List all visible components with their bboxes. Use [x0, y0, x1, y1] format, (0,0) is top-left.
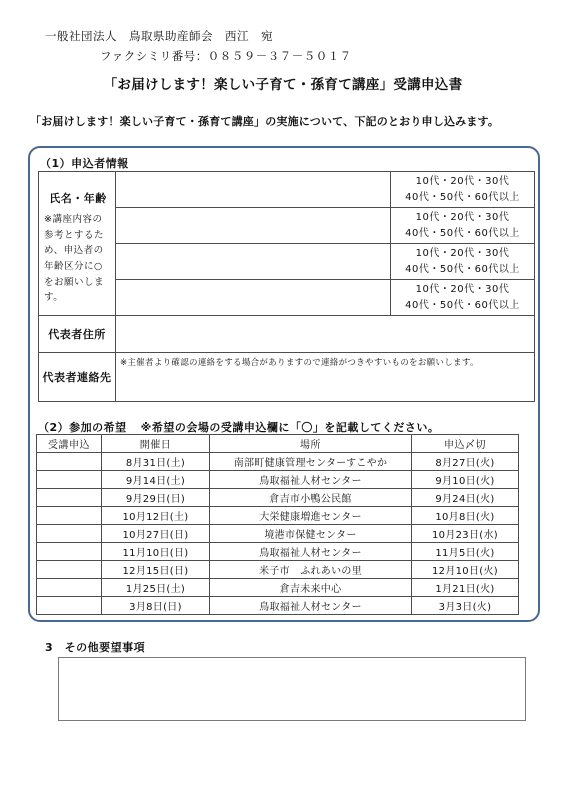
schedule-row: 8月31日(土) 南部町健康管理センターすこやか 8月27日(火)	[37, 453, 519, 471]
age-options-line2: 40代・50代・60代以上	[391, 226, 534, 242]
name-age-label-cell: 氏名・年齢 ※講座内容の参考とするため、申込者の年齢区分に○をお願いします。	[39, 172, 116, 316]
age-options-line2: 40代・50代・60代以上	[391, 262, 534, 278]
apply-mark-cell-6[interactable]	[37, 543, 102, 561]
column-header-date: 開催日	[102, 435, 210, 453]
apply-mark-cell-7[interactable]	[37, 561, 102, 579]
event-place: 鳥取福祉人材センター	[210, 543, 412, 561]
column-header-place: 場所	[210, 435, 412, 453]
document-title: 「お届けします！楽しい子育て・孫育て講座」受講申込書	[0, 73, 566, 93]
name-age-note: ※講座内容の参考とするため、申込者の年齢区分に○をお願いします。	[44, 212, 112, 306]
apply-deadline: 12月10日(火)	[412, 561, 519, 579]
other-requests-heading: 3 その他要望事項	[45, 639, 145, 655]
apply-mark-cell-1[interactable]	[37, 453, 102, 471]
event-date: 12月15日(日)	[102, 561, 210, 579]
contact-label: 代表者連絡先	[39, 353, 116, 402]
apply-mark-cell-8[interactable]	[37, 579, 102, 597]
event-place: 倉吉市小鴨公民館	[210, 489, 412, 507]
applicant-info-heading: （1）申込者情報	[40, 155, 129, 171]
applicant-row: 氏名・年齢 ※講座内容の参考とするため、申込者の年齢区分に○をお願いします。 1…	[39, 172, 535, 208]
apply-mark-cell-3[interactable]	[37, 489, 102, 507]
age-options-cell-1[interactable]: 10代・20代・30代 40代・50代・60代以上	[391, 172, 535, 208]
event-place: 南部町健康管理センターすこやか	[210, 453, 412, 471]
applicant-info-table: 氏名・年齢 ※講座内容の参考とするため、申込者の年齢区分に○をお願いします。 1…	[38, 171, 535, 402]
event-place: 鳥取福祉人材センター	[210, 597, 412, 615]
applicant-name-field-3[interactable]	[116, 244, 391, 280]
apply-deadline: 9月10日(火)	[412, 471, 519, 489]
schedule-row: 9月29日(日) 倉吉市小鴨公民館 9月24日(火)	[37, 489, 519, 507]
address-row: 代表者住所	[39, 316, 535, 353]
address-label: 代表者住所	[39, 316, 116, 353]
schedule-row: 3月8日(日) 鳥取福祉人材センター 3月3日(火)	[37, 597, 519, 615]
schedule-row: 1月25日(土) 倉吉未来中心 1月21日(火)	[37, 579, 519, 597]
participation-heading-row: （2）参加の希望※希望の会場の受講申込欄に「〇」を記載してください。	[38, 419, 439, 435]
participation-note: ※希望の会場の受講申込欄に「〇」を記載してください。	[141, 421, 440, 434]
participation-heading: （2）参加の希望	[38, 421, 127, 434]
schedule-row: 10月27日(日) 境港市保健センター 10月23日(水)	[37, 525, 519, 543]
apply-mark-cell-4[interactable]	[37, 507, 102, 525]
age-options-line2: 40代・50代・60代以上	[391, 190, 534, 206]
event-place: 倉吉未来中心	[210, 579, 412, 597]
apply-deadline: 10月8日(火)	[412, 507, 519, 525]
event-place: 米子市 ふれあいの里	[210, 561, 412, 579]
form-main-box: （1）申込者情報 氏名・年齢 ※講座内容の参考とするため、申込者の年齢区分に○を…	[28, 146, 540, 622]
event-date: 3月8日(日)	[102, 597, 210, 615]
age-options-line1: 10代・20代・30代	[391, 282, 534, 298]
address-field[interactable]	[116, 316, 535, 353]
schedule-row: 10月12日(土) 大栄健康増進センター 10月8日(火)	[37, 507, 519, 525]
schedule-row: 11月10日(日) 鳥取福祉人材センター 11月5日(火)	[37, 543, 519, 561]
schedule-row: 12月15日(日) 米子市 ふれあいの里 12月10日(火)	[37, 561, 519, 579]
schedule-header-row: 受講申込 開催日 場所 申込〆切	[37, 435, 519, 453]
event-date: 10月12日(土)	[102, 507, 210, 525]
event-date: 9月29日(日)	[102, 489, 210, 507]
age-options-cell-4[interactable]: 10代・20代・30代 40代・50代・60代以上	[391, 280, 535, 316]
event-place: 大栄健康増進センター	[210, 507, 412, 525]
event-date: 8月31日(土)	[102, 453, 210, 471]
applicant-name-field-1[interactable]	[116, 172, 391, 208]
apply-deadline: 8月27日(火)	[412, 453, 519, 471]
fax-number-line: ファクシミリ番号：０８５９－３７－５０１７	[100, 48, 352, 64]
apply-deadline: 3月3日(火)	[412, 597, 519, 615]
event-date: 10月27日(日)	[102, 525, 210, 543]
schedule-table: 受講申込 開催日 場所 申込〆切 8月31日(土) 南部町健康管理センターすこや…	[36, 434, 519, 615]
name-age-label: 氏名・年齢	[44, 190, 112, 206]
apply-deadline: 9月24日(火)	[412, 489, 519, 507]
event-date: 11月10日(日)	[102, 543, 210, 561]
apply-mark-cell-2[interactable]	[37, 471, 102, 489]
recipient-line: 一般社団法人 鳥取県助産師会 西江 宛	[45, 28, 273, 44]
age-options-line2: 40代・50代・60代以上	[391, 298, 534, 314]
applicant-name-field-2[interactable]	[116, 208, 391, 244]
apply-deadline: 11月5日(火)	[412, 543, 519, 561]
contact-field[interactable]: ※主催者より確認の連絡をする場合がありますので連絡がつきやすいものをお願いします…	[116, 353, 535, 402]
age-options-line1: 10代・20代・30代	[391, 210, 534, 226]
age-options-line1: 10代・20代・30代	[391, 246, 534, 262]
column-header-deadline: 申込〆切	[412, 435, 519, 453]
event-place: 鳥取福祉人材センター	[210, 471, 412, 489]
schedule-row: 9月14日(土) 鳥取福祉人材センター 9月10日(火)	[37, 471, 519, 489]
age-options-cell-2[interactable]: 10代・20代・30代 40代・50代・60代以上	[391, 208, 535, 244]
application-form-page: 一般社団法人 鳥取県助産師会 西江 宛 ファクシミリ番号：０８５９－３７－５０１…	[0, 0, 566, 800]
contact-note: ※主催者より確認の連絡をする場合がありますので連絡がつきやすいものをお願いします…	[120, 356, 530, 368]
age-options-cell-3[interactable]: 10代・20代・30代 40代・50代・60代以上	[391, 244, 535, 280]
event-date: 9月14日(土)	[102, 471, 210, 489]
apply-mark-cell-9[interactable]	[37, 597, 102, 615]
application-statement: 「お届けします！楽しい子育て・孫育て講座」の実施について、下記のとおり申し込みま…	[30, 113, 499, 129]
apply-deadline: 1月21日(火)	[412, 579, 519, 597]
column-header-apply: 受講申込	[37, 435, 102, 453]
apply-deadline: 10月23日(水)	[412, 525, 519, 543]
other-requests-field[interactable]	[58, 657, 526, 721]
contact-row: 代表者連絡先 ※主催者より確認の連絡をする場合がありますので連絡がつきやすいもの…	[39, 353, 535, 402]
event-date: 1月25日(土)	[102, 579, 210, 597]
apply-mark-cell-5[interactable]	[37, 525, 102, 543]
event-place: 境港市保健センター	[210, 525, 412, 543]
age-options-line1: 10代・20代・30代	[391, 174, 534, 190]
applicant-name-field-4[interactable]	[116, 280, 391, 316]
